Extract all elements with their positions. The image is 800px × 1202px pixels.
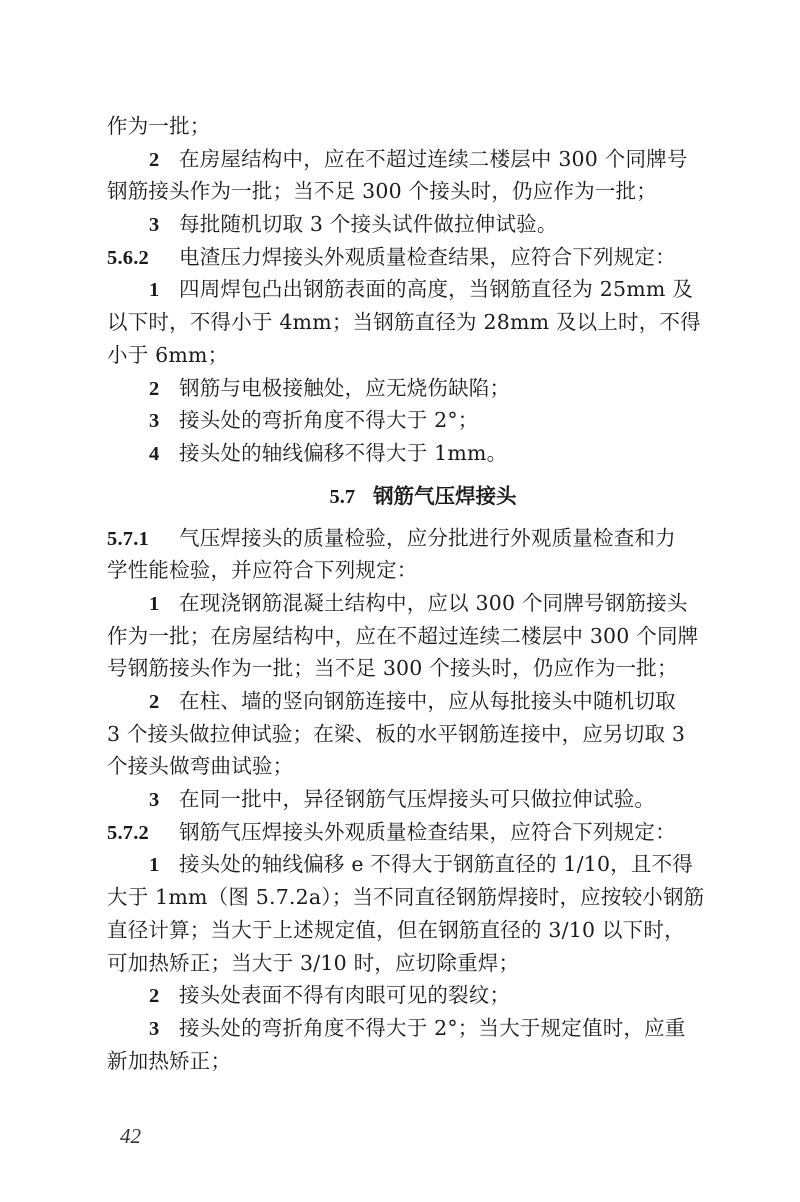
text-line: 直径计算；当大于上述规定值，但在钢筋直径的 3/10 以下时， bbox=[107, 914, 739, 947]
item-number: 2 bbox=[149, 686, 179, 719]
list-item: 3每批随机切取 3 个接头试件做拉伸试验。 bbox=[107, 208, 739, 241]
line-text: 钢筋与电极接触处，应无烧伤缺陷； bbox=[179, 376, 510, 400]
list-item: 1四周焊包凸出钢筋表面的高度，当钢筋直径为 25mm 及 bbox=[107, 273, 739, 306]
line-text: 接头处的轴线偏移 e 不得大于钢筋直径的 1/10，且不得 bbox=[179, 852, 693, 876]
text-line: 新加热矫正； bbox=[107, 1045, 739, 1078]
clause-number: 5.7.1 bbox=[107, 523, 179, 556]
text-line: 个接头做弯曲试验； bbox=[107, 750, 739, 783]
line-text: 以下时，不得小于 4mm；当钢筋直径为 28mm 及以上时，不得 bbox=[107, 310, 701, 334]
line-text: 钢筋接头作为一批；当不足 300 个接头时，仍应作为一批； bbox=[107, 179, 657, 203]
line-text: 新加热矫正； bbox=[107, 1049, 231, 1073]
line-text: 在柱、墙的竖向钢筋连接中，应从每批接头中随机切取 bbox=[179, 689, 676, 713]
item-number: 1 bbox=[149, 849, 179, 882]
text-line: 大于 1mm（图 5.7.2a）；当不同直径钢筋焊接时，应按较小钢筋 bbox=[107, 881, 739, 914]
text-line: 小于 6mm； bbox=[107, 339, 739, 372]
line-text: 学性能检验，并应符合下列规定： bbox=[107, 558, 418, 582]
text-line: 号钢筋接头作为一批；当不足 300 个接头时，仍应作为一批； bbox=[107, 652, 739, 685]
item-number: 2 bbox=[149, 373, 179, 406]
item-number: 4 bbox=[149, 438, 179, 471]
line-text: 作为一批； bbox=[107, 114, 211, 138]
line-text: 四周焊包凸出钢筋表面的高度，当钢筋直径为 25mm 及 bbox=[179, 277, 693, 301]
list-item: 2在房屋结构中，应在不超过连续二楼层中 300 个同牌号 bbox=[107, 143, 739, 176]
clause-number: 5.7.2 bbox=[107, 817, 179, 850]
line-text: 接头处表面不得有肉眼可见的裂纹； bbox=[179, 983, 510, 1007]
text-line: 以下时，不得小于 4mm；当钢筋直径为 28mm 及以上时，不得 bbox=[107, 306, 739, 339]
item-number: 2 bbox=[149, 980, 179, 1013]
clause: 5.7.1气压焊接头的质量检验，应分批进行外观质量检查和力 bbox=[107, 522, 739, 555]
line-text: 个接头做弯曲试验； bbox=[107, 754, 293, 778]
list-item: 2在柱、墙的竖向钢筋连接中，应从每批接头中随机切取 bbox=[107, 685, 739, 718]
line-text: 在房屋结构中，应在不超过连续二楼层中 300 个同牌号 bbox=[179, 147, 688, 171]
item-number: 3 bbox=[149, 1013, 179, 1046]
line-text: 电渣压力焊接头外观质量检查结果，应符合下列规定： bbox=[179, 245, 676, 269]
list-item: 2钢筋与电极接触处，应无烧伤缺陷； bbox=[107, 372, 739, 405]
line-text: 直径计算；当大于上述规定值，但在钢筋直径的 3/10 以下时， bbox=[107, 918, 685, 942]
text-line: 作为一批；在房屋结构中，应在不超过连续二楼层中 300 个同牌 bbox=[107, 620, 739, 653]
list-item: 4接头处的轴线偏移不得大于 1mm。 bbox=[107, 437, 739, 470]
line-text: 在现浇钢筋混凝土结构中，应以 300 个同牌号钢筋接头 bbox=[179, 591, 688, 615]
document-body: 作为一批； 2在房屋结构中，应在不超过连续二楼层中 300 个同牌号 钢筋接头作… bbox=[107, 110, 739, 1077]
list-item: 3接头处的弯折角度不得大于 2°； bbox=[107, 404, 739, 437]
item-number: 3 bbox=[149, 405, 179, 438]
list-item: 3接头处的弯折角度不得大于 2°；当大于规定值时，应重 bbox=[107, 1012, 739, 1045]
line-text: 3 个接头做拉伸试验；在梁、板的水平钢筋连接中，应另切取 3 bbox=[107, 722, 685, 746]
item-number: 2 bbox=[149, 144, 179, 177]
clause: 5.7.2钢筋气压焊接头外观质量检查结果，应符合下列规定： bbox=[107, 816, 739, 849]
line-text: 接头处的轴线偏移不得大于 1mm。 bbox=[179, 441, 507, 465]
clause: 5.6.2电渣压力焊接头外观质量检查结果，应符合下列规定： bbox=[107, 241, 739, 274]
text-line: 钢筋接头作为一批；当不足 300 个接头时，仍应作为一批； bbox=[107, 175, 739, 208]
list-item: 1在现浇钢筋混凝土结构中，应以 300 个同牌号钢筋接头 bbox=[107, 587, 739, 620]
clause-number: 5.6.2 bbox=[107, 242, 179, 275]
section-title: 钢筋气压焊接头 bbox=[373, 484, 517, 508]
item-number: 1 bbox=[149, 274, 179, 307]
line-text: 钢筋气压焊接头外观质量检查结果，应符合下列规定： bbox=[179, 820, 676, 844]
section-number: 5.7 bbox=[329, 486, 355, 508]
item-number: 3 bbox=[149, 209, 179, 242]
text-line: 可加热矫正；当大于 3/10 时，应切除重焊； bbox=[107, 947, 739, 980]
line-text: 接头处的弯折角度不得大于 2°；当大于规定值时，应重 bbox=[179, 1016, 686, 1040]
section-heading: 5.7钢筋气压焊接头 bbox=[107, 476, 739, 516]
text-line: 学性能检验，并应符合下列规定： bbox=[107, 554, 739, 587]
line-text: 每批随机切取 3 个接头试件做拉伸试验。 bbox=[179, 212, 558, 236]
list-item: 2接头处表面不得有肉眼可见的裂纹； bbox=[107, 979, 739, 1012]
line-text: 大于 1mm（图 5.7.2a）；当不同直径钢筋焊接时，应按较小钢筋 bbox=[107, 885, 704, 909]
line-text: 接头处的弯折角度不得大于 2°； bbox=[179, 408, 479, 432]
page-number: 42 bbox=[120, 1124, 141, 1149]
line-text: 小于 6mm； bbox=[107, 343, 228, 367]
item-number: 1 bbox=[149, 588, 179, 621]
text-line: 作为一批； bbox=[107, 110, 739, 143]
line-text: 可加热矫正；当大于 3/10 时，应切除重焊； bbox=[107, 951, 519, 975]
list-item: 3在同一批中，异径钢筋气压焊接头可只做拉伸试验。 bbox=[107, 783, 739, 816]
line-text: 作为一批；在房屋结构中，应在不超过连续二楼层中 300 个同牌 bbox=[107, 624, 698, 648]
text-line: 3 个接头做拉伸试验；在梁、板的水平钢筋连接中，应另切取 3 bbox=[107, 718, 739, 751]
item-number: 3 bbox=[149, 784, 179, 817]
list-item: 1接头处的轴线偏移 e 不得大于钢筋直径的 1/10，且不得 bbox=[107, 848, 739, 881]
line-text: 号钢筋接头作为一批；当不足 300 个接头时，仍应作为一批； bbox=[107, 656, 678, 680]
line-text: 在同一批中，异径钢筋气压焊接头可只做拉伸试验。 bbox=[179, 787, 655, 811]
line-text: 气压焊接头的质量检验，应分批进行外观质量检查和力 bbox=[179, 526, 676, 550]
